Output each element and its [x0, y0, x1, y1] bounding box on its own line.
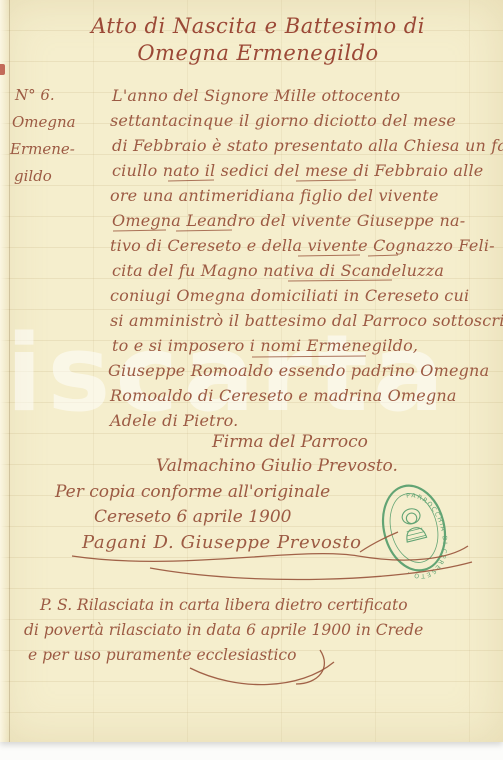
certification-line: Per copia conforme all'originale — [55, 482, 330, 502]
document-page: iscarta Atto di Nascita e Battesimo di O… — [0, 0, 503, 742]
document-title-line1: Atto di Nascita e Battesimo di — [58, 14, 458, 38]
body-line: tivo di Cereseto e della vivente Cognazz… — [110, 236, 495, 255]
scanned-document: iscarta Atto di Nascita e Battesimo di O… — [0, 0, 503, 760]
red-edge-mark — [0, 64, 5, 75]
body-line: to e si imposero i nomi Ermenegildo, — [112, 336, 418, 355]
margin-note-name2: gildo — [14, 167, 52, 185]
certification-signature: Pagani D. Giuseppe Prevosto — [82, 532, 362, 553]
saint-figure-icon — [400, 507, 427, 542]
parish-stamp: PARROCCHIA DI CERESETO · — [366, 478, 466, 582]
body-line: L'anno del Signore Mille ottocento — [112, 86, 400, 105]
body-line: coniugi Omegna domiciliati in Cereseto c… — [110, 286, 469, 305]
body-line: Adele di Pietro. — [110, 411, 238, 430]
body-line: cita del fu Magno nativa di Scandeluzza — [112, 261, 444, 280]
body-line: ore una antimeridiana figlio del vivente — [110, 186, 439, 205]
signature-name: Valmachino Giulio Prevosto. — [156, 456, 398, 476]
document-title-line2: Omegna Ermenegildo — [58, 41, 458, 65]
body-line: Romoaldo di Cereseto e madrina Omegna — [110, 386, 457, 405]
body-line: ciullo nato il sedici del mese di Febbra… — [112, 161, 483, 180]
body-line: Omegna Leandro del vivente Giuseppe na- — [112, 211, 465, 230]
certification-date: Cereseto 6 aprile 1900 — [94, 507, 291, 527]
signature-label: Firma del Parroco — [212, 432, 368, 452]
body-line: settantacinque il giorno diciotto del me… — [110, 111, 456, 130]
margin-note-surname: Omegna — [12, 113, 76, 131]
body-line: di Febbraio è stato presentato alla Chie… — [112, 136, 503, 155]
margin-note-number: N° 6. — [15, 86, 55, 104]
body-line: si amministrò il battesimo dal Parroco s… — [110, 311, 503, 330]
postscript-line: e per uso puramente ecclesiastico — [28, 646, 296, 664]
body-line: Giuseppe Romoaldo essendo padrino Omegna — [108, 361, 489, 380]
margin-note-name1: Ermene- — [10, 140, 75, 158]
postscript-line: di povertà rilasciato in data 6 aprile 1… — [24, 621, 423, 639]
postscript-line: P. S. Rilasciata in carta libera dietro … — [40, 596, 408, 614]
